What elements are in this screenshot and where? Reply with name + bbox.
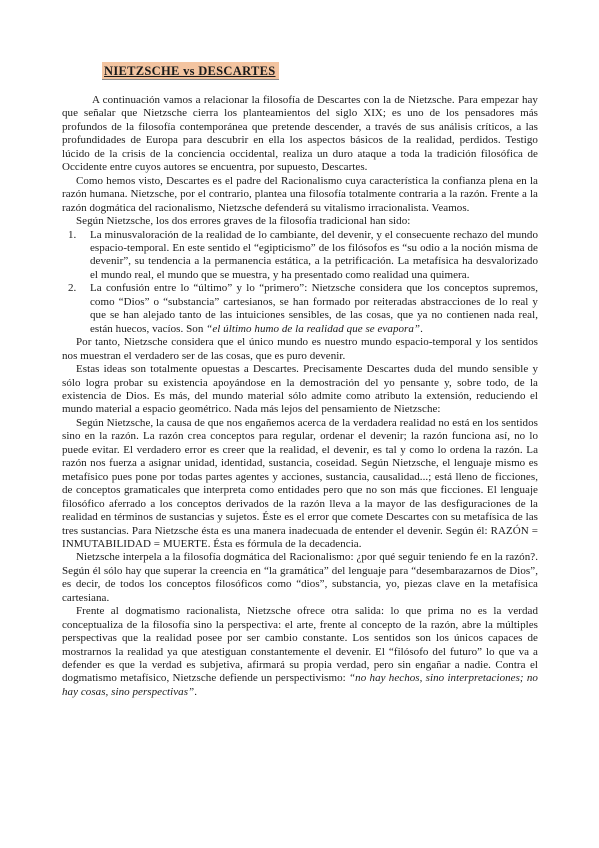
- paragraph-perspectivismo-end: .: [194, 686, 197, 698]
- paragraph-causa-engano: Según Nietzsche, la causa de que nos eng…: [62, 417, 538, 552]
- document-page: NIETZSCHE vs DESCARTES A continuación va…: [0, 0, 599, 848]
- list-number: 2.: [68, 282, 76, 295]
- paragraph-interpela: Nietzsche interpela a la filosofía dogmá…: [62, 551, 538, 605]
- list-number: 1.: [68, 229, 76, 242]
- paragraph-racionalismo: Como hemos visto, Descartes es el padre …: [62, 175, 538, 215]
- inline-quote-humo: “el último humo de la realidad que se ev…: [206, 323, 420, 335]
- paragraph-errores-intro: Según Nietzsche, los dos errores graves …: [62, 215, 538, 228]
- paragraph-perspectivismo: Frente al dogmatismo racionalista, Nietz…: [62, 605, 538, 699]
- paragraph-por-tanto: Por tanto, Nietzsche considera que el ún…: [62, 336, 538, 363]
- paragraph-introduction: A continuación vamos a relacionar la fil…: [62, 94, 538, 175]
- document-title: NIETZSCHE vs DESCARTES: [102, 64, 538, 79]
- document-title-text: NIETZSCHE vs DESCARTES: [102, 62, 279, 80]
- list-item-text: La minusvaloración de la realidad de lo …: [90, 229, 538, 281]
- paragraph-ideas-opuestas: Estas ideas son totalmente opuestas a De…: [62, 363, 538, 417]
- list-item-text-end: .: [420, 323, 423, 335]
- list-item-minusvaloracion: 1.La minusvaloración de la realidad de l…: [62, 229, 538, 283]
- list-item-confusion: 2.La confusión entre lo “último” y lo “p…: [62, 282, 538, 336]
- errors-list: 1.La minusvaloración de la realidad de l…: [62, 229, 538, 337]
